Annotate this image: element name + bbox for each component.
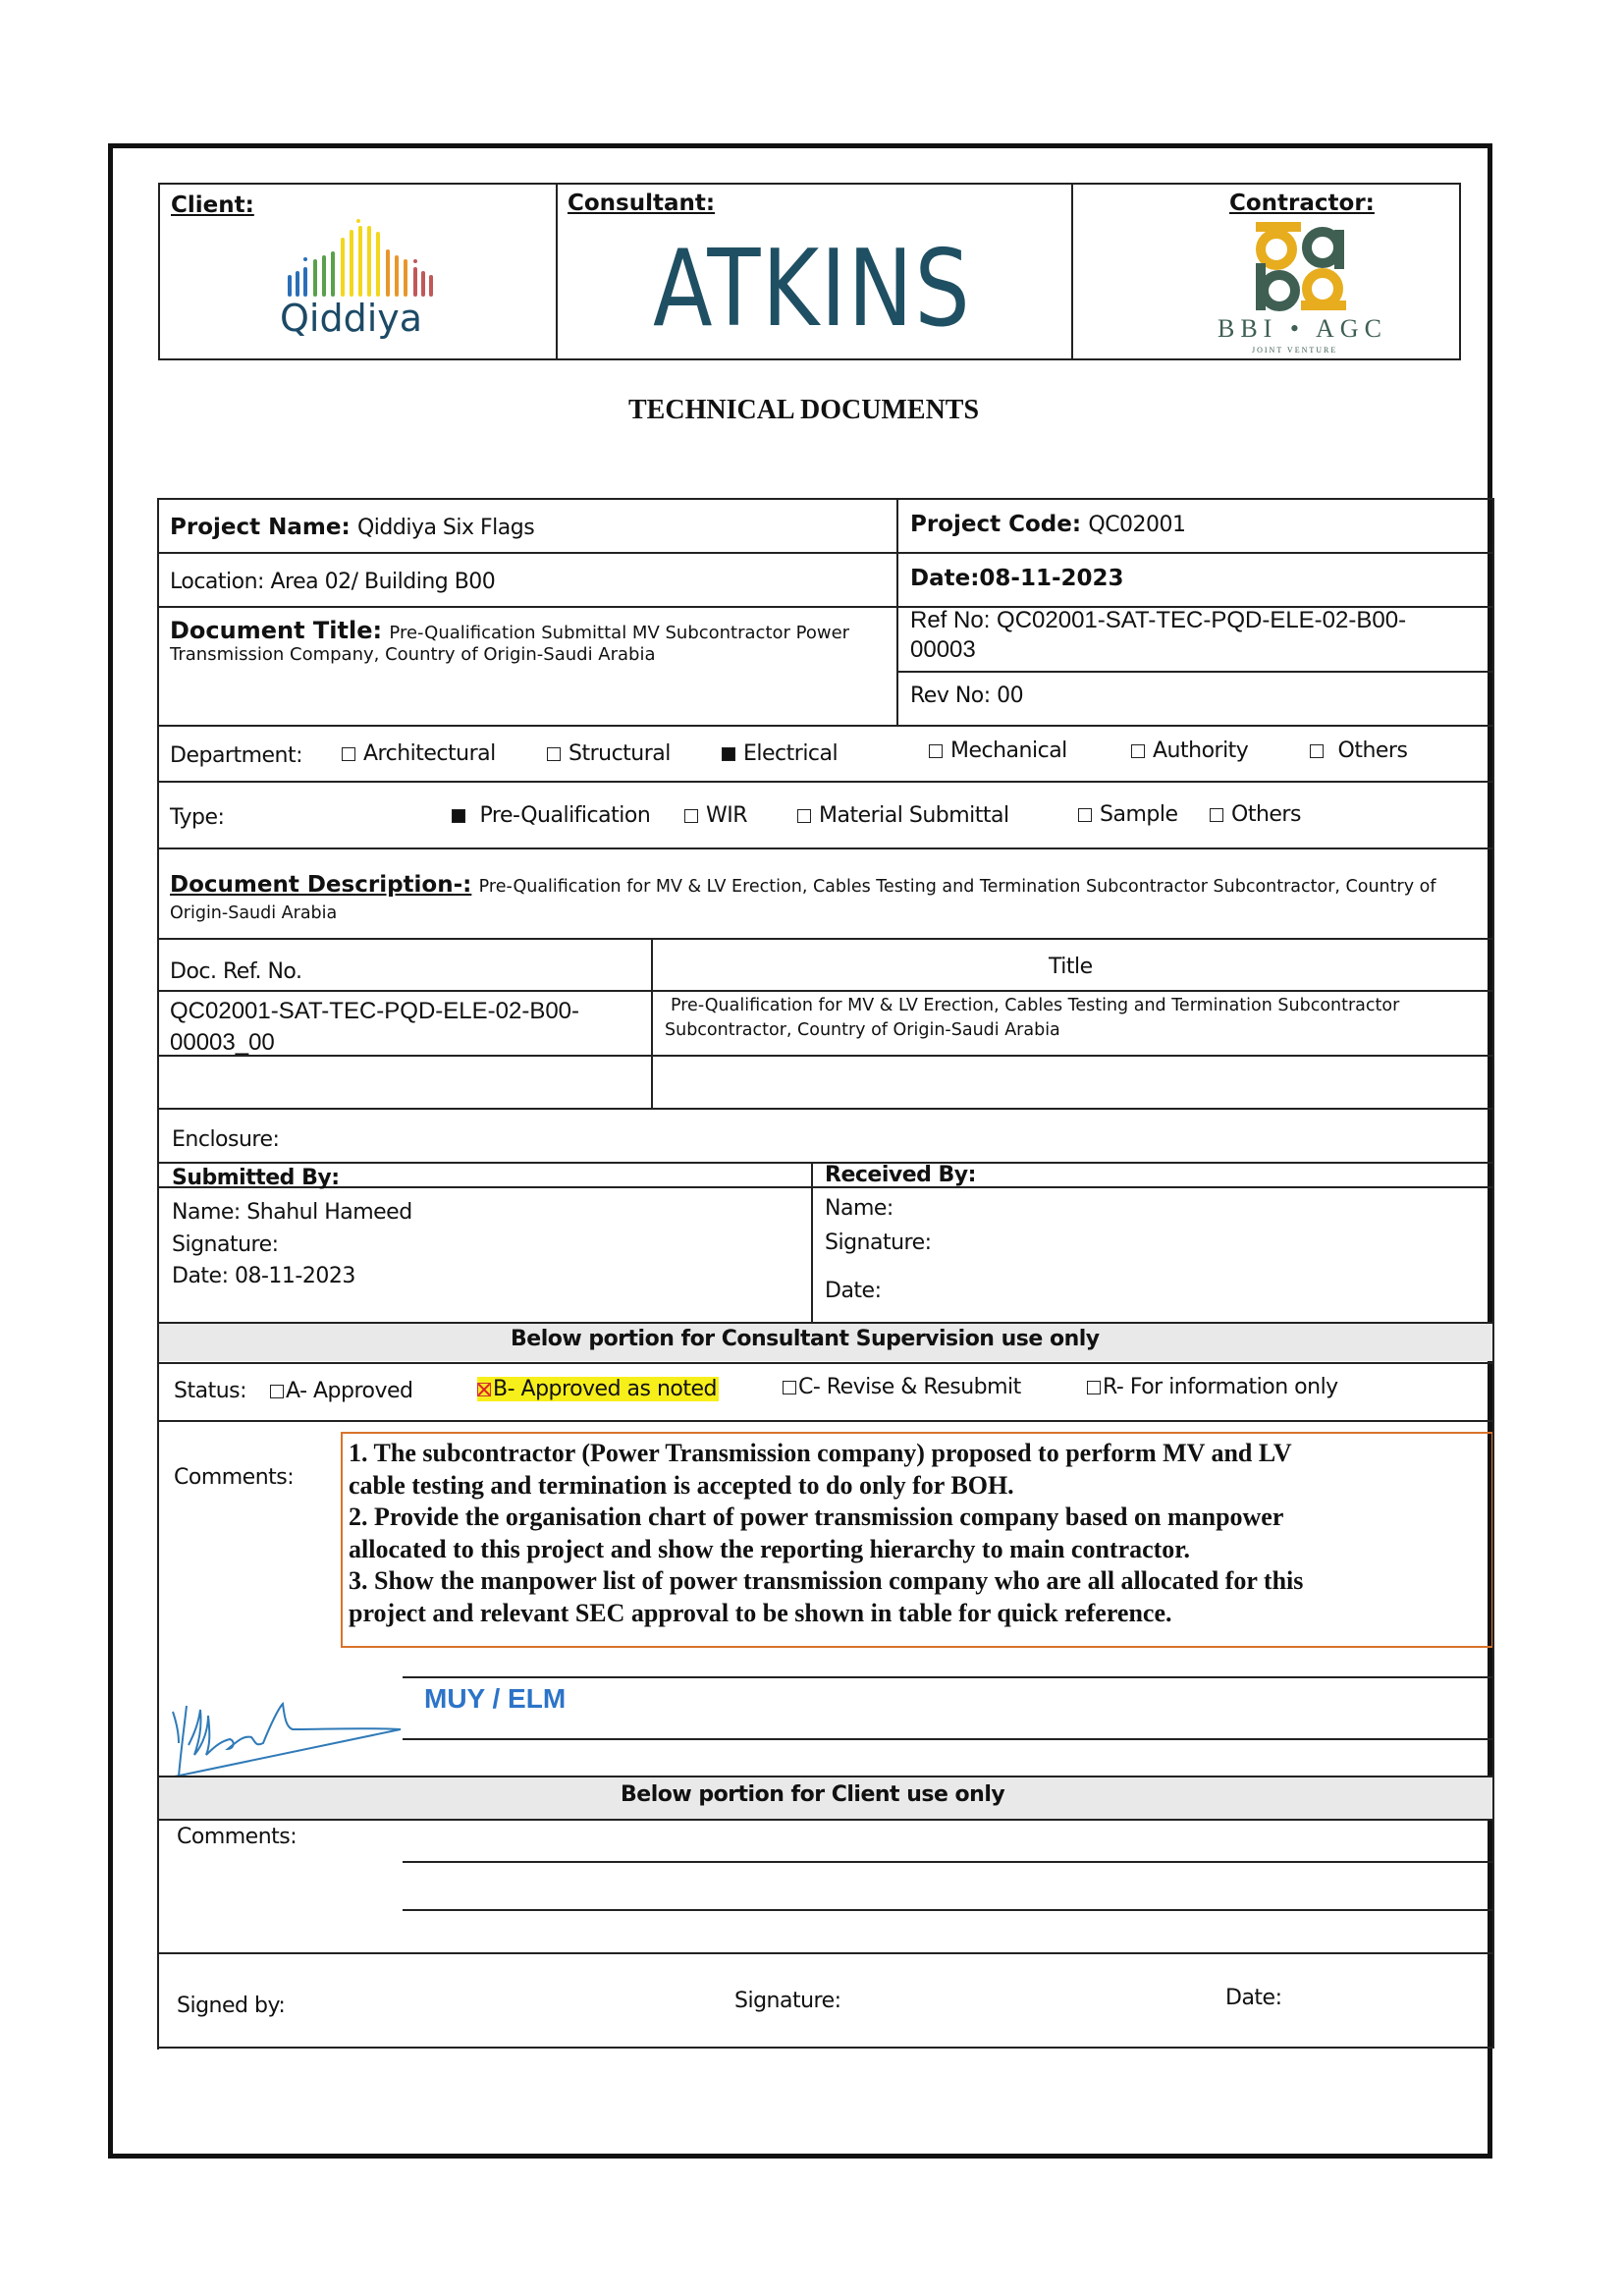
- rule: [157, 1322, 1492, 1324]
- rule: [157, 1055, 1492, 1057]
- rule: [157, 781, 1492, 783]
- qiddiya-wordmark: Qiddiya: [280, 297, 422, 340]
- rev-no-field: Rev No: 00: [910, 683, 1023, 708]
- joint-venture-text: JOINT VENTURE: [1252, 346, 1337, 355]
- checkbox-checked-icon[interactable]: [452, 809, 465, 823]
- client-section-heading: Below portion for Client use only: [621, 1782, 1004, 1807]
- checkbox-icon[interactable]: [1310, 744, 1324, 758]
- date-field: Date:08-11-2023: [910, 566, 1124, 591]
- divider: [896, 498, 898, 725]
- status-c-revise-resubmit[interactable]: C- Revise & Resubmit: [783, 1375, 1021, 1399]
- received-by-heading: Received By:: [825, 1163, 976, 1187]
- option-label: Sample: [1100, 802, 1178, 827]
- submitted-signature: Signature:: [172, 1232, 279, 1257]
- divider: [811, 1162, 813, 1322]
- checkbox-icon[interactable]: [342, 747, 355, 761]
- checkbox-icon[interactable]: [783, 1381, 796, 1394]
- comment-line: allocated to this project and show the r…: [349, 1534, 1486, 1566]
- rule: [157, 725, 1492, 727]
- dept-electrical[interactable]: Electrical: [722, 741, 838, 766]
- document-description-value: Pre-Qualification for MV & LV Erection, …: [479, 877, 1436, 897]
- contractor-label: Contractor:: [1229, 191, 1375, 216]
- bbi-agc-logo: [1252, 220, 1360, 318]
- divider: [651, 938, 653, 1108]
- checkbox-icon[interactable]: [547, 747, 561, 761]
- rule: [157, 990, 1492, 992]
- option-label: Pre-Qualification: [480, 803, 651, 828]
- type-material-submittal[interactable]: Material Submittal: [797, 803, 1009, 828]
- received-name: Name:: [825, 1196, 893, 1221]
- submitted-date: Date: 08-11-2023: [172, 1264, 355, 1288]
- title-header: Title: [1049, 955, 1093, 979]
- dept-authority[interactable]: Authority: [1131, 738, 1248, 763]
- divider: [556, 183, 558, 360]
- option-label: Others: [1231, 802, 1301, 827]
- document-title-value: Pre-Qualification Submittal MV Subcontra…: [389, 623, 849, 643]
- rule: [896, 671, 1492, 673]
- doc-ref-value-1: QC02001-SAT-TEC-PQD-ELE-02-B00-: [170, 998, 579, 1025]
- rule: [157, 552, 1492, 554]
- rule: [157, 1819, 1492, 1821]
- consultant-comments-box: 1. The subcontractor (Power Transmission…: [341, 1432, 1493, 1648]
- type-others[interactable]: Others: [1210, 802, 1301, 827]
- signature-initials: MUY / ELM: [424, 1683, 566, 1715]
- bbi-agc-mark-icon: [1252, 220, 1350, 314]
- client-comments-label: Comments:: [177, 1825, 297, 1849]
- checkbox-icon[interactable]: [1087, 1381, 1101, 1394]
- bbi-agc-wordmark: BBI • AGC: [1218, 314, 1387, 344]
- checkbox-icon[interactable]: [270, 1385, 284, 1398]
- location-field: Location: Area 02/ Building B00: [170, 570, 495, 594]
- option-label: Material Submittal: [819, 803, 1009, 828]
- project-name-value: Qiddiya Six Flags: [357, 516, 534, 540]
- option-label: Architectural: [363, 741, 496, 766]
- document-description-label: Document Description-:: [170, 872, 471, 898]
- option-label: A- Approved: [286, 1379, 413, 1403]
- client-date-label: Date:: [1225, 1986, 1282, 2010]
- checkbox-icon[interactable]: [684, 809, 698, 823]
- dept-others[interactable]: Others: [1310, 738, 1407, 763]
- project-name-field: Project Name: Qiddiya Six Flags: [170, 515, 534, 540]
- consultant-comments-label: Comments:: [174, 1465, 294, 1490]
- option-label: Structural: [568, 741, 671, 766]
- dept-mechanical[interactable]: Mechanical: [929, 738, 1067, 763]
- rule: [157, 498, 1492, 500]
- comment-line: 3. Show the manpower list of power trans…: [349, 1565, 1486, 1598]
- client-label: Client:: [171, 192, 254, 218]
- option-label: Electrical: [743, 741, 838, 766]
- option-label: Mechanical: [950, 738, 1067, 763]
- project-code-value: QC02001: [1088, 513, 1185, 537]
- checkbox-checked-icon[interactable]: [477, 1383, 491, 1396]
- type-pre-qualification[interactable]: Pre-Qualification: [452, 803, 650, 828]
- form-frame: [108, 143, 1492, 2159]
- doc-ref-header: Doc. Ref. No.: [170, 959, 301, 984]
- doc-ref-value-2: 00003_00: [170, 1029, 275, 1057]
- status-a-approved[interactable]: A- Approved: [270, 1379, 413, 1403]
- document-title-value-2: Transmission Company, Country of Origin-…: [170, 644, 656, 665]
- rule: [157, 847, 1492, 849]
- dept-structural[interactable]: Structural: [547, 741, 671, 766]
- form-title: TECHNICAL DOCUMENTS: [628, 395, 979, 426]
- received-date: Date:: [825, 1279, 882, 1303]
- project-code-field: Project Code: QC02001: [910, 512, 1186, 537]
- type-wir[interactable]: WIR: [684, 803, 747, 828]
- atkins-logo: ATKINS: [653, 228, 971, 351]
- comment-line: 2. Provide the organisation chart of pow…: [349, 1502, 1486, 1534]
- signed-by-label: Signed by:: [177, 1994, 285, 2018]
- signature-icon: [165, 1684, 440, 1782]
- ref-no-line-1: Ref No: QC02001-SAT-TEC-PQD-ELE-02-B00-: [910, 607, 1406, 634]
- rule: [157, 1952, 1492, 1954]
- comment-line: 1. The subcontractor (Power Transmission…: [349, 1438, 1486, 1470]
- received-signature: Signature:: [825, 1230, 932, 1255]
- doc-title-value-1: Pre-Qualification for MV & LV Erection, …: [671, 996, 1399, 1015]
- option-label: B- Approved as noted: [493, 1377, 717, 1401]
- comment-line: project and relevant SEC approval to be …: [349, 1598, 1486, 1630]
- consultant-label: Consultant:: [568, 191, 715, 216]
- client-comment-line-1[interactable]: [403, 1861, 1492, 1863]
- document-description-value-2: Origin-Saudi Arabia: [170, 903, 337, 923]
- type-label: Type:: [170, 805, 224, 830]
- rule: [157, 1362, 1492, 1364]
- department-label: Department:: [170, 743, 302, 768]
- option-label: Authority: [1153, 738, 1248, 763]
- signature-line: [403, 1738, 1492, 1740]
- checkbox-icon[interactable]: [797, 809, 811, 823]
- comment-line: cable testing and termination is accepte…: [349, 1470, 1486, 1503]
- submitted-by-heading: Submitted By:: [172, 1166, 340, 1190]
- document-description-field: Document Description-: Pre-Qualification…: [170, 872, 1436, 898]
- project-code-label: Project Code:: [910, 512, 1081, 537]
- rule: [157, 1108, 1492, 1110]
- option-label: Others: [1338, 738, 1408, 763]
- document-title-field: Document Title: Pre-Qualification Submit…: [170, 617, 849, 644]
- handwritten-signature: [165, 1684, 440, 1782]
- option-label: C- Revise & Resubmit: [798, 1375, 1021, 1399]
- type-sample[interactable]: Sample: [1078, 802, 1178, 827]
- status-r-for-information[interactable]: R- For information only: [1087, 1375, 1338, 1399]
- rule: [157, 1420, 1492, 1422]
- project-name-label: Project Name:: [170, 515, 351, 540]
- option-label: WIR: [706, 803, 747, 828]
- ref-no-line-2: 00003: [910, 636, 976, 664]
- client-comment-line-2[interactable]: [403, 1909, 1492, 1911]
- checkbox-icon[interactable]: [1131, 744, 1145, 758]
- checkbox-checked-icon[interactable]: [722, 747, 735, 761]
- dept-architectural[interactable]: Architectural: [342, 741, 496, 766]
- qiddiya-bars-icon: [280, 218, 447, 297]
- right-border: [1492, 498, 1494, 2049]
- rule: [157, 2047, 1492, 2049]
- document-title-label: Document Title:: [170, 617, 382, 644]
- signature-line: [403, 1676, 1492, 1678]
- enclosure-label: Enclosure:: [172, 1127, 279, 1152]
- checkbox-icon[interactable]: [1210, 808, 1223, 822]
- client-signature-label: Signature:: [734, 1989, 841, 2013]
- consultant-section-heading: Below portion for Consultant Supervision…: [511, 1327, 1100, 1351]
- status-b-approved-as-noted[interactable]: B- Approved as noted: [477, 1377, 719, 1401]
- divider: [1071, 183, 1073, 360]
- checkbox-icon[interactable]: [1078, 808, 1092, 822]
- submitted-name: Name: Shahul Hameed: [172, 1200, 412, 1225]
- option-label: R- For information only: [1103, 1375, 1338, 1399]
- doc-title-value-2: Subcontractor, Country of Origin-Saudi A…: [665, 1020, 1060, 1040]
- rule: [157, 938, 1492, 940]
- checkbox-icon[interactable]: [929, 744, 943, 758]
- qiddiya-logo: Qiddiya: [280, 218, 447, 355]
- status-label: Status:: [174, 1379, 246, 1403]
